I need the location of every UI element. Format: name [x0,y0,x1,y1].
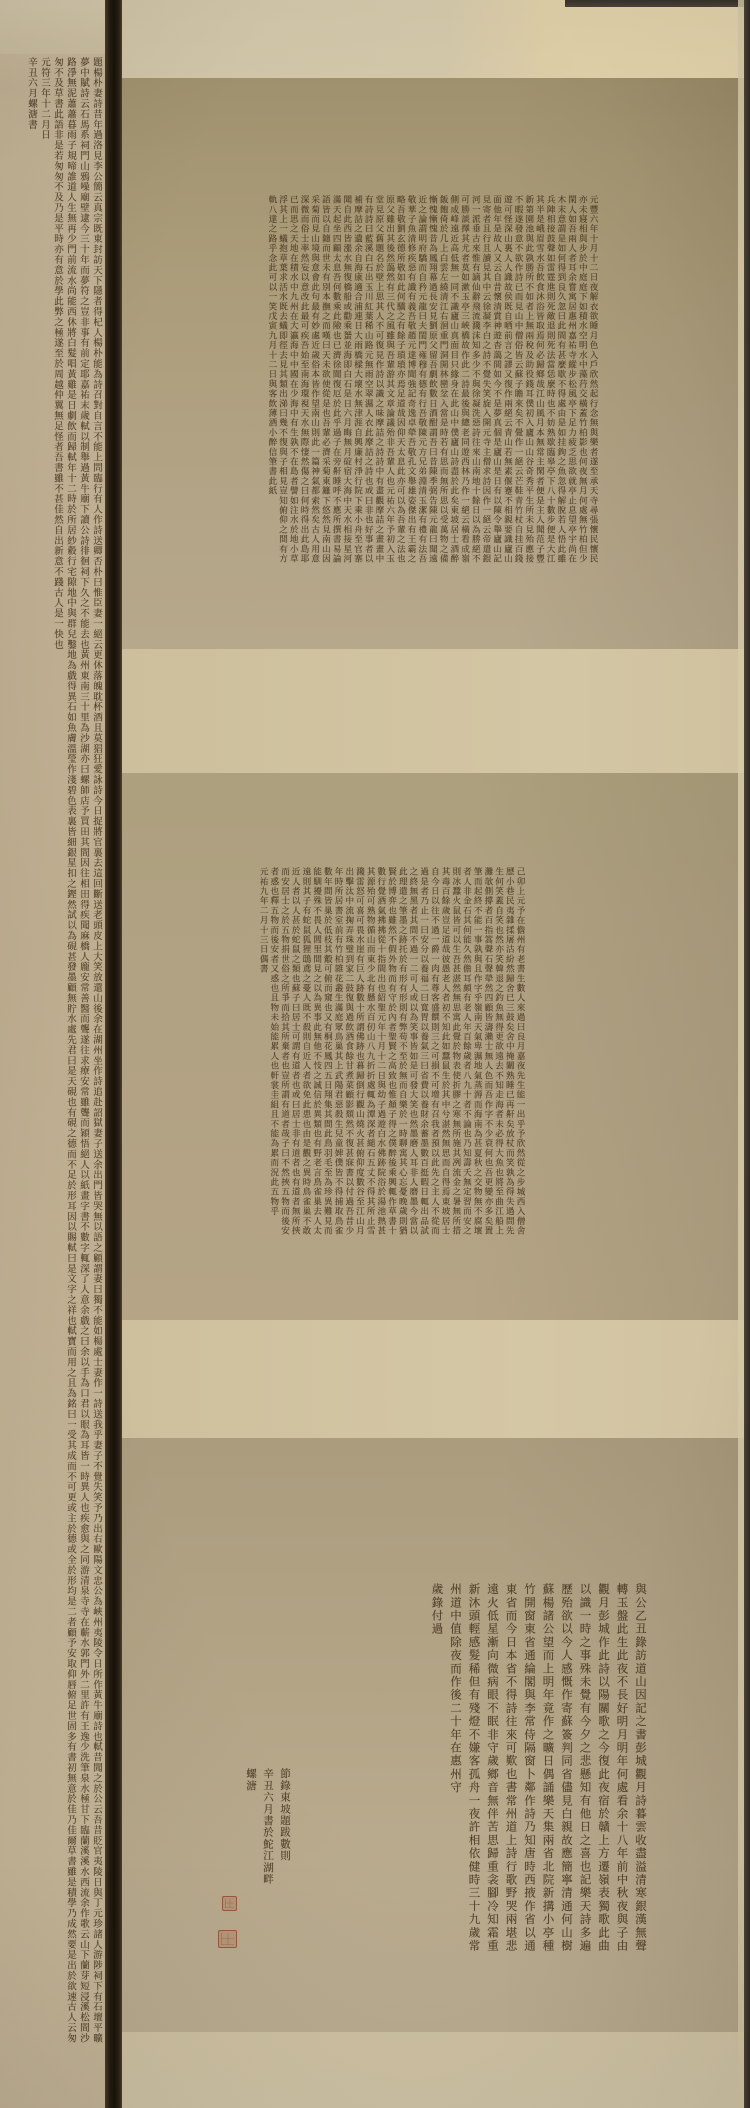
colophon-signature-text: 節錄東坡題跋數則 辛丑六月書於鮀江湖畔 螺溏 [243,1768,293,1940]
panel-3-calligraphy-text: 與公乙丑錄訪道山因記之書彭城觀月詩暮雲收盡溢清寒銀漢無聲轉玉盤此生此夜不長好明月… [413,1583,650,1953]
calligraphy-scroll-photo: 題楊朴妻詩昔年過洛見李公簡云真宗既東封訪天下隱者得杞人楊朴能為詩召對自言不能上問… [0,0,750,2108]
scroll-roller-gap [105,0,122,2108]
artist-seal-upper [222,1896,237,1911]
panel-1-calligraphy-text: 元豐六年十月十二日夜解衣欲睡月色入戶欣然起行念無與樂者遂至承天寺尋張懷民懷民亦未… [205,195,598,569]
right-edge-shadow [744,0,750,2108]
artist-seal-lower [218,1930,237,1948]
left-panel-calligraphy-text: 題楊朴妻詩昔年過洛見李公簡云真宗既東封訪天下隱者得杞人楊朴能為詩召對自言不能上問… [2,57,103,2049]
top-edge-shadow [565,0,750,7]
panel-2-calligraphy-text: 己卯上元予在儋州有老書生數人來過曰良月嘉夜先生能一出乎予欣然從之步城西入僧舍歷小… [155,867,525,1239]
bottom-mounting-band [122,2032,750,2108]
left-panel-top-mount [0,0,105,54]
separator-band-2 [122,1320,750,1438]
top-mounting-band [122,0,750,78]
main-scroll-body: 元豐六年十月十二日夜解衣欲睡月色入戶欣然起行念無與樂者遂至承天寺尋張懷民懷民亦未… [122,0,750,2108]
separator-band-1 [122,649,750,773]
